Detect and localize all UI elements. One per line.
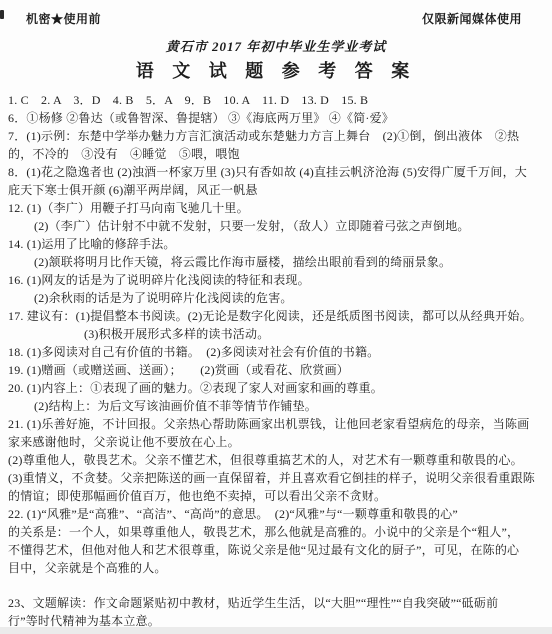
answer-key-page: 机密★使用前 仅限新闻媒体使用 黄石市 2017 年初中毕业生学业考试 语 文 … <box>0 0 552 634</box>
answer-line-q22-1: 22. (1)“风雅”是“高雅”、“高洁”、“高尚”的意思。 (2)“风雅”与“… <box>8 505 548 523</box>
answer-line-q12-1: 12. (1)（李广）用鞭子打马向南飞驰几十里。 <box>8 199 548 217</box>
answer-line-q20-2: (2)结构上：为后文写该油画价值不菲等情节作铺垫。 <box>8 397 548 415</box>
answer-line-q21-3: (3)重情义，不贪婪。父亲把陈送的画一直保留着，并且喜欢看它倒挂的样子，说明父亲… <box>8 469 548 487</box>
answer-line-q8: 8．(1)花之隐逸者也 (2)浊酒一杯家万里 (3)只有香如故 (4)直挂云帆济… <box>8 163 548 181</box>
answer-line-q7-cont: 的，不冷的 ③没有 ④睡觉 ⑤喂，喂饱 <box>8 145 548 163</box>
answer-line-q22-cont1: 的关系是：一个人，如果尊重他人，敬畏艺术，那么他就是高雅的。小说中的父亲是个“粗… <box>8 523 548 541</box>
exam-title: 黄石市 2017 年初中毕业生学业考试 <box>0 36 552 55</box>
title-block: 黄石市 2017 年初中毕业生学业考试 语 文 试 题 参 考 答 案 <box>0 36 552 83</box>
answer-line-q6: 6．①杨修 ②鲁达（或鲁智深、鲁提辖） ③《海底两万里》 ④《简·爱》 <box>8 109 548 127</box>
answer-line-q19: 19. (1)赠画（或赠送画、送画）； (2)赏画（或看花、欣赏画） <box>8 361 548 379</box>
answers-body: 1. C 2. A 3．D 4. B 5．A 9．B 10. A 11. D 1… <box>0 91 552 630</box>
answer-line-q21-1-cont: 家来感谢他时，父亲说让他不要放在心上。 <box>8 433 548 451</box>
answer-line-q23: 23、文题解读：作文命题紧贴初中教材，贴近学生生活，以“大胆”“理性”“自我突破… <box>8 594 548 612</box>
answer-line-q16-1: 16. (1)网友的话是为了说明碎片化浅阅读的特征和表现。 <box>8 271 548 289</box>
answer-line-q18: 18. (1)多阅读对自己有价值的书籍。 (2)多阅读对社会有价值的书籍。 <box>8 343 548 361</box>
media-restriction-label: 仅限新闻媒体使用 <box>422 10 522 27</box>
answer-line-q16-2: (2)余秋雨的话是为了说明碎片化浅阅读的危害。 <box>8 289 548 307</box>
answer-line-q14-2: (2)颔联将明月比作天镜，将云霞比作海市蜃楼，描绘出眼前看到的绮丽景象。 <box>8 253 548 271</box>
answer-line-q17: 17. 建议有：(1)提倡整本书阅读。(2)无论是数字化阅读，还是纸质图书阅读，… <box>8 307 548 325</box>
classification-label: 机密★使用前 <box>26 10 101 27</box>
answer-line-q17-3: (3)积极开展形式多样的读书活动。 <box>8 325 548 343</box>
answer-line-q21-3-cont: 的情谊；即使那幅画价值百万，他也绝不卖掉，可以看出父亲不贪财。 <box>8 487 548 505</box>
answer-line-q22-cont2: 不懂得艺术，但他对他人和艺术很尊重，陈说父亲是他“见过最有文化的厨子”，可见，在… <box>8 541 548 559</box>
answer-line-q21-1: 21. (1)乐善好施，不计回报。父亲热心帮助陈画家出机票钱，让他回老家看望病危… <box>8 415 548 433</box>
answer-line-q7: 7．(1)示例：东楚中学举办魅力方言汇演活动或东楚魅力方言上舞台 (2)①倒，倒… <box>8 127 548 145</box>
answer-line-q14-1: 14. (1)运用了比喻的修辞手法。 <box>8 235 548 253</box>
answer-line-q22-cont3: 目中，父亲就是个高雅的人。 <box>8 559 548 577</box>
scan-bottom-edge <box>0 627 552 634</box>
page-header: 机密★使用前 仅限新闻媒体使用 <box>0 0 552 27</box>
answer-line-choices: 1. C 2. A 3．D 4. B 5．A 9．B 10. A 11. D 1… <box>8 91 548 109</box>
answer-line-q8-cont: 庇天下寒士俱开颜 (6)潮平两岸阔，风正一帆悬 <box>8 181 548 199</box>
answer-line-q21-2: (2)尊重他人，敬畏艺术。父亲不懂艺术，但很尊重搞艺术的人，对艺术有一颗尊重和敬… <box>8 451 548 469</box>
scan-artifact-mark <box>0 10 4 19</box>
page-title: 语 文 试 题 参 考 答 案 <box>0 57 552 83</box>
answer-line-q20-1: 20. (1)内容上：①表现了画的魅力。②表现了家人对画家和画的尊重。 <box>8 379 548 397</box>
answer-line-q12-2: (2)（李广）估计射不中就不发射，只要一发射，（敌人）立即随着弓弦之声倒地。 <box>8 217 548 235</box>
